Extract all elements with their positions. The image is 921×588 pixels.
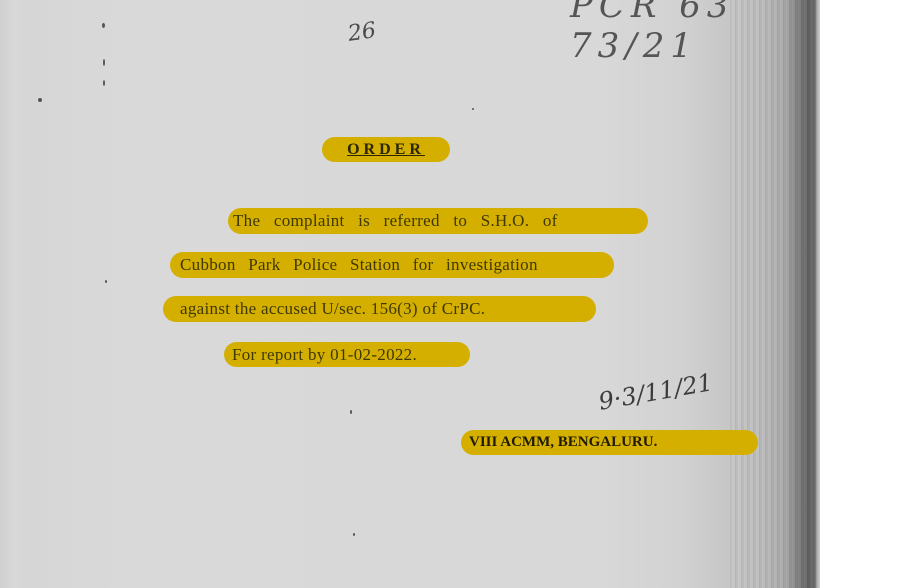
white-margin	[820, 0, 921, 588]
scan-speck	[38, 98, 42, 102]
signatory: VIII ACMM, BENGALURU.	[469, 434, 657, 451]
report-date-highlight: For report by 01-02-2022.	[224, 342, 470, 367]
scan-speck	[102, 23, 105, 28]
body-line-highlight: The complaint is referred to S.H.O. of	[228, 208, 648, 234]
scan-speck	[472, 108, 474, 110]
handwritten-signature-date: 9·3/11/21	[596, 368, 715, 416]
order-title: ORDER	[347, 141, 425, 159]
body-line: against the accused U/sec. 156(3) of CrP…	[180, 299, 485, 319]
order-title-highlight: ORDER	[322, 137, 450, 162]
body-line: The complaint is referred to S.H.O. of	[233, 211, 558, 231]
body-line-highlight: against the accused U/sec. 156(3) of CrP…	[163, 296, 596, 322]
scan-speck	[105, 280, 107, 283]
scan-speck	[350, 410, 352, 414]
body-line-highlight: Cubbon Park Police Station for investiga…	[170, 252, 614, 278]
handwritten-case-reference: PCR 63 73/21	[570, 0, 820, 66]
body-line: Cubbon Park Police Station for investiga…	[180, 255, 538, 275]
scan-speck	[353, 533, 355, 536]
scan-speck	[103, 80, 105, 86]
signatory-highlight: VIII ACMM, BENGALURU.	[461, 430, 758, 455]
scan-speck	[103, 59, 105, 66]
handwritten-page-number: 26	[346, 18, 377, 47]
report-date-line: For report by 01-02-2022.	[232, 345, 417, 365]
scanned-page: 26 PCR 63 73/21 ORDER The complaint is r…	[0, 0, 820, 588]
